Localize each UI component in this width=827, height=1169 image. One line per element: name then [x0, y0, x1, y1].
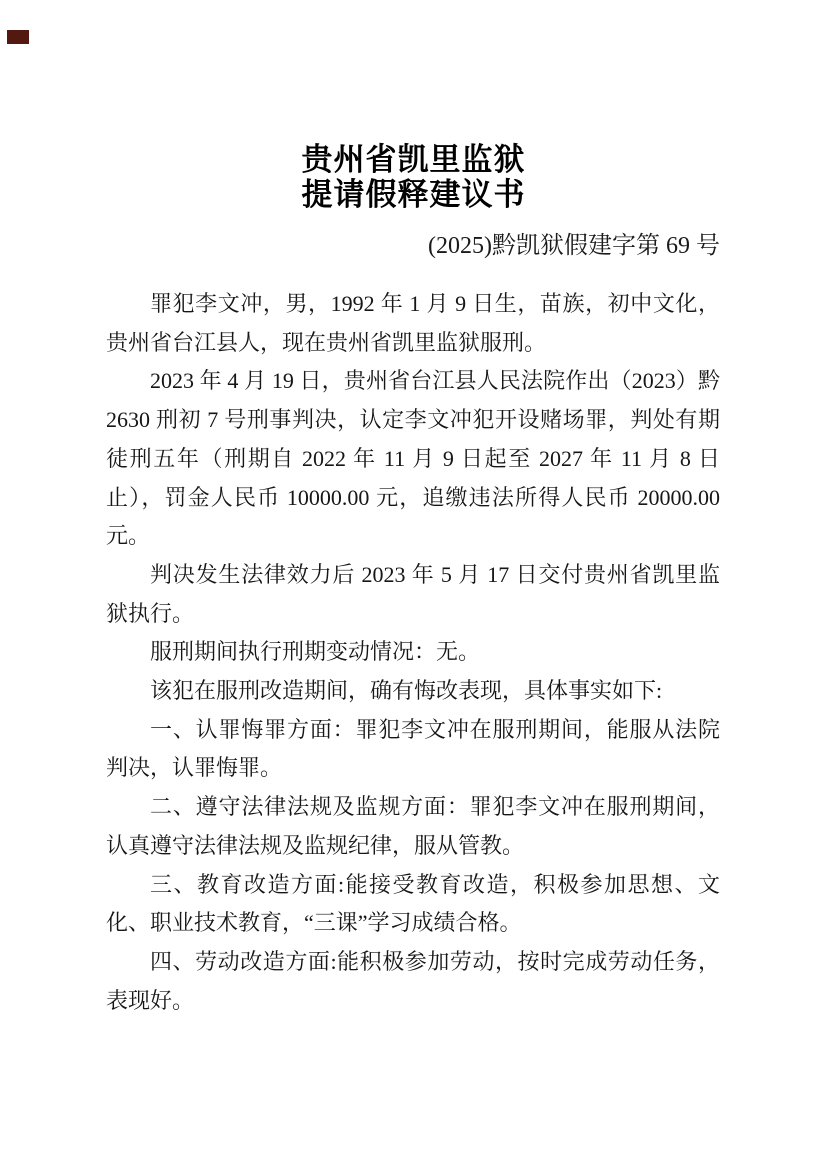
paragraph-item-4: 四、劳动改造方面:能积极参加劳动，按时完成劳动任务，表现好。	[106, 943, 720, 1020]
paragraph-term-change: 服刑期间执行刑期变动情况：无。	[106, 633, 720, 672]
paragraph-item-1: 一、认罪悔罪方面：罪犯李文冲在服刑期间，能服从法院判决，认罪悔罪。	[106, 711, 720, 788]
corner-mark	[7, 30, 29, 44]
document-title-line-2: 提请假释建议书	[0, 177, 827, 212]
document-title: 贵州省凯里监狱 提请假释建议书	[0, 142, 827, 212]
paragraph-delivery: 判决发生法律效力后 2023 年 5 月 17 日交付贵州省凯里监狱执行。	[106, 556, 720, 633]
paragraph-repentance-intro: 该犯在服刑改造期间，确有悔改表现，具体事实如下:	[106, 672, 720, 711]
paragraph-judgment: 2023 年 4 月 19 日，贵州省台江县人民法院作出（2023）黔 2630…	[106, 362, 720, 556]
paragraph-item-2: 二、遵守法律法规及监规方面：罪犯李文冲在服刑期间，认真遵守法律法规及监规纪律，服…	[106, 788, 720, 865]
document-body: 罪犯李文冲，男，1992 年 1 月 9 日生，苗族，初中文化，贵州省台江县人，…	[0, 285, 827, 1020]
paragraph-offender-info: 罪犯李文冲，男，1992 年 1 月 9 日生，苗族，初中文化，贵州省台江县人，…	[106, 285, 720, 362]
document-title-line-1: 贵州省凯里监狱	[0, 142, 827, 177]
document-number: (2025)黔凯狱假建字第 69 号	[0, 232, 827, 260]
paragraph-item-3: 三、教育改造方面:能接受教育改造，积极参加思想、文化、职业技术教育，“三课”学习…	[106, 866, 720, 943]
document-page: 贵州省凯里监狱 提请假释建议书 (2025)黔凯狱假建字第 69 号 罪犯李文冲…	[0, 0, 827, 1169]
